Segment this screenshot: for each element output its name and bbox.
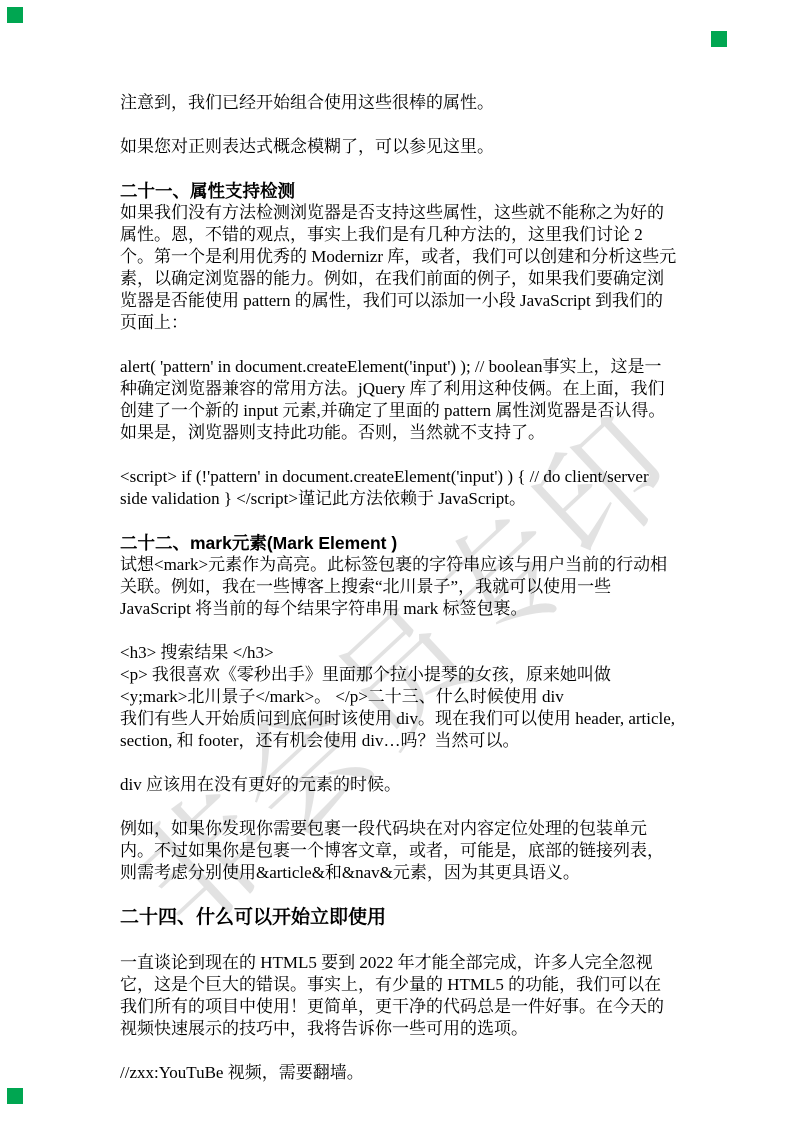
paragraph: 例如，如果你发现你需要包裹一段代码块在对内容定位处理的包装单元内。不过如果你是包…: [120, 818, 677, 884]
section-heading: 二十四、什么可以开始立即使用: [120, 906, 677, 930]
green-marker-bottom-left: [7, 1088, 23, 1104]
paragraph: alert( 'pattern' in document.createEleme…: [120, 356, 677, 444]
paragraph: <script> if (!'pattern' in document.crea…: [120, 466, 677, 510]
paragraph: 一直谈论到现在的 HTML5 要到 2022 年才能全部完成，许多人完全忽视它，…: [120, 952, 677, 1040]
paragraph: <h3> 搜索结果 </h3>: [120, 642, 677, 664]
paragraph: div 应该用在没有更好的元素的时候。: [120, 774, 677, 796]
green-marker-top-right: [711, 31, 727, 47]
green-marker-top-left: [7, 7, 23, 23]
section-heading: 二十二、mark元素(Mark Element ): [120, 532, 677, 554]
paragraph: 如果我们没有方法检测浏览器是否支持这些属性，这些就不能称之为好的属性。恩，不错的…: [120, 202, 677, 334]
paragraph: 试想<mark>元素作为高亮。此标签包裹的字符串应该与用户当前的行动相关联。例如…: [120, 554, 677, 620]
section-heading: 二十一、属性支持检测: [120, 180, 677, 202]
paragraph: <p> 我很喜欢《零秒出手》里面那个拉小提琴的女孩，原来她叫做 <y;mark>…: [120, 664, 677, 708]
document-body: 注意到，我们已经开始组合使用这些很棒的属性。如果您对正则表达式概念模糊了，可以参…: [120, 92, 677, 1106]
paragraph: 我们有些人开始质问到底何时该使用 div。现在我们可以使用 header, ar…: [120, 708, 677, 752]
paragraph: 注意到，我们已经开始组合使用这些很棒的属性。: [120, 92, 677, 114]
paragraph: //zxx:YouTuBe 视频，需要翻墙。: [120, 1062, 677, 1084]
paragraph: 如果您对正则表达式概念模糊了，可以参见这里。: [120, 136, 677, 158]
document-page: { "page": { "kind": "printed-document", …: [0, 0, 793, 1122]
